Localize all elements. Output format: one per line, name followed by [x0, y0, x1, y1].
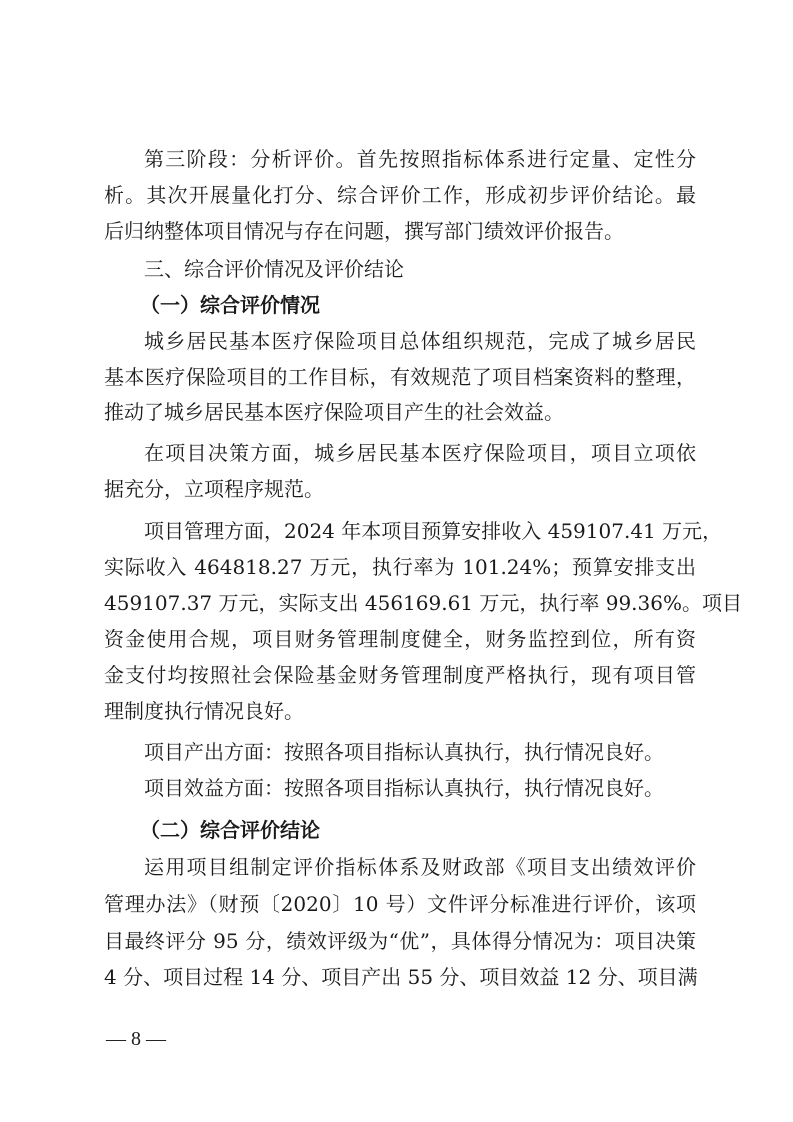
paragraph-decision-line-2: 据充分，立项程序规范。: [104, 477, 696, 501]
paragraph-overview-line-2: 基本医疗保险项目的工作目标，有效规范了项目档案资料的整理，: [104, 365, 696, 389]
paragraph-overview-line-1: 城乡居民基本医疗保险项目总体组织规范，完成了城乡居民: [144, 329, 696, 353]
paragraph-stage-three-line-3: 后归纳整体项目情况与存在问题，撰写部门绩效评价报告。: [104, 219, 696, 243]
paragraph-decision-line-1: 在项目决策方面，城乡居民基本医疗保险项目，项目立项依: [144, 441, 696, 465]
subsection-heading-1: （一）综合评价情况: [140, 293, 732, 317]
subsection-heading-2: （二）综合评价结论: [140, 818, 732, 842]
paragraph-conclusion-line-1: 运用项目组制定评价指标体系及财政部《项目支出绩效评价: [144, 855, 696, 879]
paragraph-output: 项目产出方面：按照各项目指标认真执行，执行情况良好。: [144, 740, 696, 764]
paragraph-conclusion-line-3: 目最终评分 95 分，绩效评级为“优”，具体得分情况为：项目决策: [104, 929, 696, 953]
paragraph-management-line-4: 资金使用合规，项目财务管理制度健全，财务监控到位，所有资: [104, 627, 696, 651]
paragraph-overview-line-3: 推动了城乡居民基本医疗保险项目产生的社会效益。: [104, 400, 696, 424]
paragraph-management-line-2: 实际收入 464818.27 万元，执行率为 101.24%；预算安排支出: [104, 555, 696, 579]
page-number: — 8 —: [106, 1027, 166, 1051]
paragraph-management-line-6: 理制度执行情况良好。: [104, 699, 696, 723]
section-heading-3: 三、综合评价情况及评价结论: [144, 257, 696, 281]
paragraph-management-line-3: 459107.37 万元，实际支出 456169.61 万元，执行率 99.36…: [104, 591, 696, 615]
paragraph-management-line-1: 项目管理方面，2024 年本项目预算安排收入 459107.41 万元，: [144, 519, 696, 543]
paragraph-management-line-5: 金支付均按照社会保险基金财务管理制度严格执行，现有项目管: [104, 663, 696, 687]
paragraph-stage-three-line-2: 析。其次开展量化打分、综合评价工作，形成初步评价结论。最: [104, 183, 696, 207]
paragraph-benefit: 项目效益方面：按照各项目指标认真执行，执行情况良好。: [144, 776, 696, 800]
paragraph-conclusion-line-2: 管理办法》（财预〔2020〕10 号）文件评分标准进行评价，该项: [104, 892, 696, 916]
paragraph-conclusion-line-4: 4 分、项目过程 14 分、项目产出 55 分、项目效益 12 分、项目满: [104, 965, 696, 989]
document-page: 第三阶段：分析评价。首先按照指标体系进行定量、定性分 析。其次开展量化打分、综合…: [0, 0, 793, 1122]
paragraph-stage-three-line-1: 第三阶段：分析评价。首先按照指标体系进行定量、定性分: [144, 147, 696, 171]
